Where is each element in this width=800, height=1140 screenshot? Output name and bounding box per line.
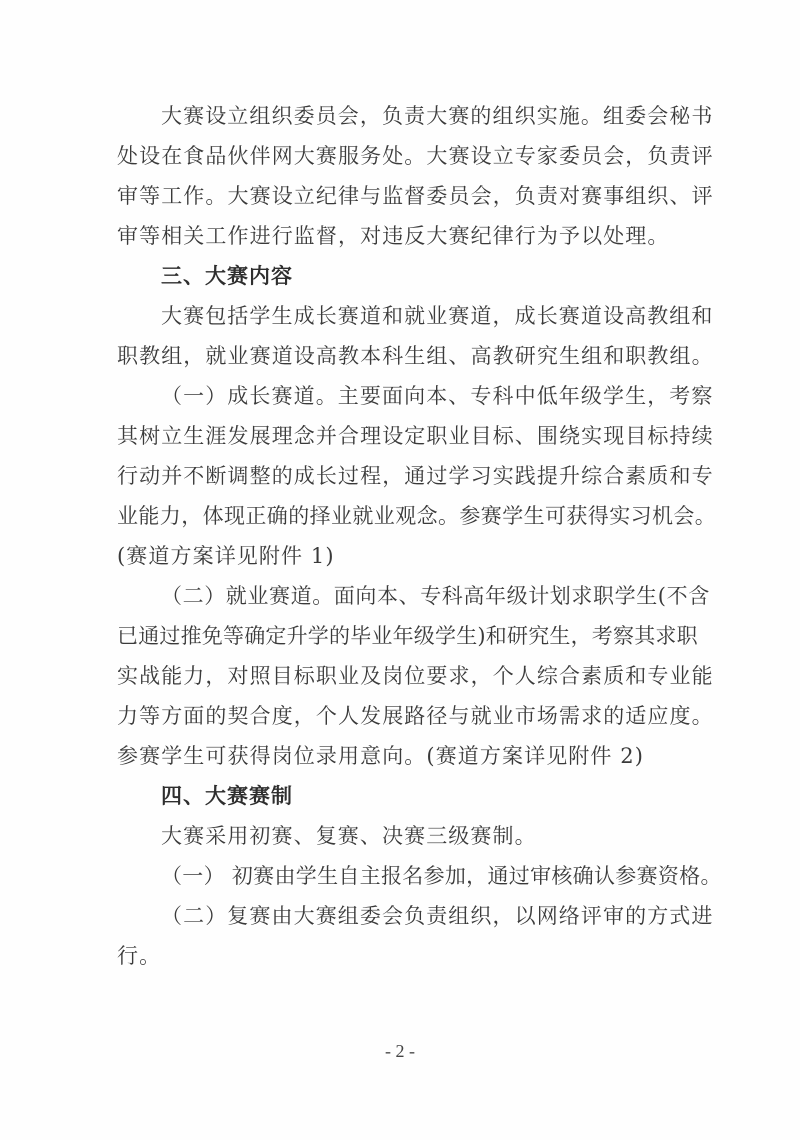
- paragraph-committees: 大赛设立组织委员会，负责大赛的组织实施。组委会秘书 处设在食品伙伴网大赛服务处。…: [117, 96, 693, 256]
- paragraph-employment-track: （二）就业赛道。面向本、专科高年级计划求职学生(不含 已通过推免等确定升学的毕业…: [117, 576, 693, 776]
- document-body: 大赛设立组织委员会，负责大赛的组织实施。组委会秘书 处设在食品伙伴网大赛服务处。…: [117, 96, 693, 976]
- text-line: （二）就业赛道。面向本、专科高年级计划求职学生(不含: [117, 576, 693, 616]
- text-line: 大赛采用初赛、复赛、决赛三级赛制。: [117, 816, 693, 856]
- text-line: 力等方面的契合度，个人发展路径与就业市场需求的适应度。: [117, 696, 693, 736]
- paragraph-format-overview: 大赛采用初赛、复赛、决赛三级赛制。: [117, 816, 693, 856]
- paragraph-preliminary-round: （一） 初赛由学生自主报名参加，通过审核确认参赛资格。: [117, 856, 693, 896]
- text-line: 行。: [117, 936, 693, 976]
- text-line: （二）复赛由大赛组委会负责组织，以网络评审的方式进: [117, 896, 693, 936]
- text-line: 已通过推免等确定升学的毕业年级学生)和研究生，考察其求职: [117, 616, 693, 656]
- text-line: 大赛包括学生成长赛道和就业赛道，成长赛道设高教组和: [117, 296, 693, 336]
- text-line: （一）成长赛道。主要面向本、专科中低年级学生，考察: [117, 376, 693, 416]
- text-line: 处设在食品伙伴网大赛服务处。大赛设立专家委员会，负责评: [117, 136, 693, 176]
- text-line: 实战能力，对照目标职业及岗位要求，个人综合素质和专业能: [117, 656, 693, 696]
- text-line: 审等相关工作进行监督，对违反大赛纪律行为予以处理。: [117, 216, 693, 256]
- paragraph-growth-track: （一）成长赛道。主要面向本、专科中低年级学生，考察 其树立生涯发展理念并合理设定…: [117, 376, 693, 576]
- text-line: 审等工作。大赛设立纪律与监督委员会，负责对赛事组织、评: [117, 176, 693, 216]
- text-line: (赛道方案详见附件 1): [117, 536, 693, 576]
- text-line: 职教组，就业赛道设高教本科生组、高教研究生组和职教组。: [117, 336, 693, 376]
- text-line: （一） 初赛由学生自主报名参加，通过审核确认参赛资格。: [117, 856, 693, 896]
- text-line: 其树立生涯发展理念并合理设定职业目标、围绕实现目标持续: [117, 416, 693, 456]
- paragraph-second-round: （二）复赛由大赛组委会负责组织，以网络评审的方式进 行。: [117, 896, 693, 976]
- section-heading-contest-format: 四、大赛赛制: [117, 776, 693, 816]
- page-number: - 2 -: [0, 1041, 800, 1062]
- text-line: 业能力，体现正确的择业就业观念。参赛学生可获得实习机会。: [117, 496, 693, 536]
- document-page: 大赛设立组织委员会，负责大赛的组织实施。组委会秘书 处设在食品伙伴网大赛服务处。…: [0, 0, 800, 1140]
- text-line: 大赛设立组织委员会，负责大赛的组织实施。组委会秘书: [117, 96, 693, 136]
- section-heading-contest-content: 三、大赛内容: [117, 256, 693, 296]
- paragraph-tracks-overview: 大赛包括学生成长赛道和就业赛道，成长赛道设高教组和 职教组，就业赛道设高教本科生…: [117, 296, 693, 376]
- text-line: 行动并不断调整的成长过程，通过学习实践提升综合素质和专: [117, 456, 693, 496]
- text-line: 参赛学生可获得岗位录用意向。(赛道方案详见附件 2): [117, 736, 693, 776]
